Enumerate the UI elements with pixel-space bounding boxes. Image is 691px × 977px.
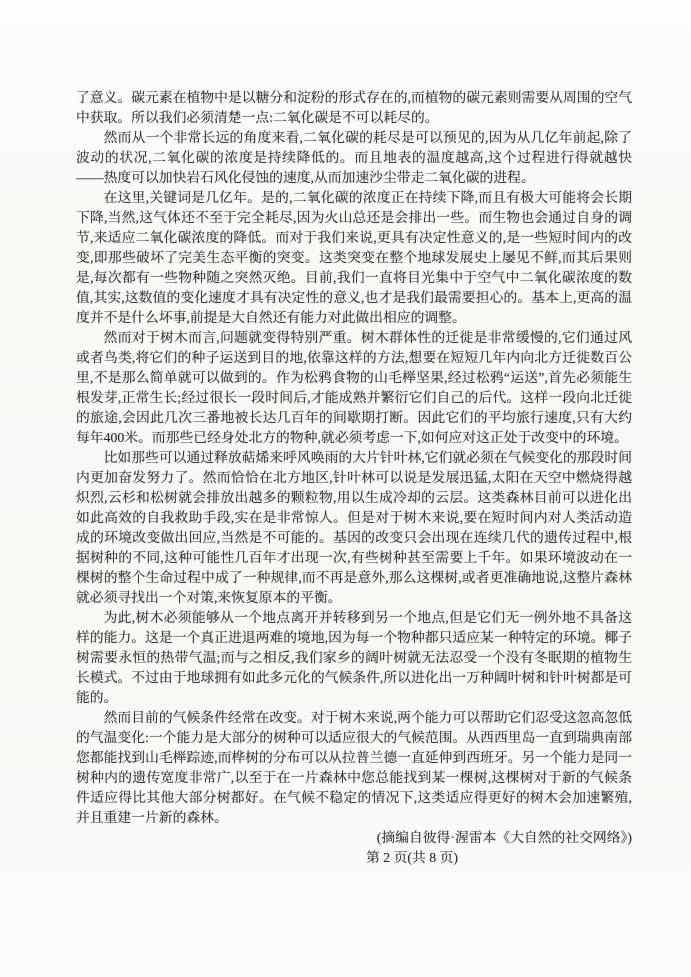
- body-paragraph: 然而对于树木而言,问题就变得特别严重。树木群体性的迁徙是非常缓慢的,它们通过风或…: [76, 328, 632, 448]
- body-paragraph: 然而目前的气候条件经常在改变。对于树木来说,两个能力可以帮助它们忍受这忽高忽低的…: [76, 708, 632, 828]
- scanned-document-page: 了意义。碳元素在植物中是以糖分和淀粉的形式存在的,而植物的碳元素则需要从周围的空…: [0, 0, 691, 977]
- passage-text: 了意义。碳元素在植物中是以糖分和淀粉的形式存在的,而植物的碳元素则需要从周围的空…: [76, 88, 632, 868]
- body-paragraph: 为此,树木必须能够从一个地点离开并转移到另一个地点,但是它们无一例外地不具备这样…: [76, 608, 632, 708]
- source-attribution: (摘编自彼得·渥雷本《大自然的社交网络》): [76, 828, 632, 848]
- body-paragraph: 了意义。碳元素在植物中是以糖分和淀粉的形式存在的,而植物的碳元素则需要从周围的空…: [76, 88, 632, 128]
- page-number: 第 2 页(共 8 页): [134, 848, 690, 868]
- body-paragraph: 然而从一个非常长远的角度来看,二氧化碳的耗尽是可以预见的,因为从几亿年前起,除了…: [76, 128, 632, 188]
- body-paragraph: 比如那些可以通过释放萜烯来呼风唤雨的大片针叶林,它们就必须在气候变化的那段时间内…: [76, 448, 632, 608]
- body-paragraph: 在这里,关键词是几亿年。是的,二氧化碳的浓度正在持续下降,而且有极大可能将会长期…: [76, 188, 632, 328]
